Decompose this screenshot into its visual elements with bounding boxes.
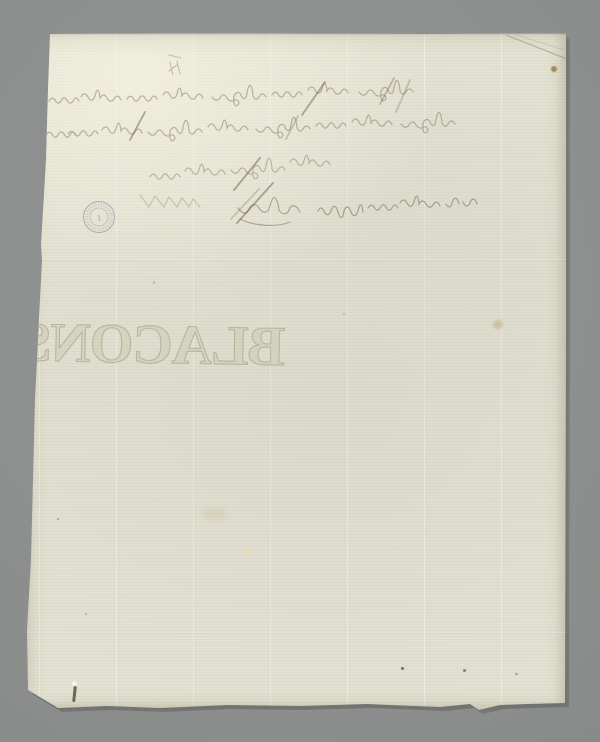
collection-stamp: 1 xyxy=(81,199,116,234)
ink-speck xyxy=(85,613,87,615)
fox-spot xyxy=(493,320,503,329)
faint-smudge xyxy=(202,508,228,520)
showthrough-line-1 xyxy=(49,80,413,106)
wax-spot xyxy=(245,548,252,554)
ink-speck xyxy=(463,669,466,672)
ink-speck xyxy=(515,673,518,675)
showthrough-handwriting xyxy=(46,55,477,225)
photo-canvas: BLACONS xyxy=(0,0,600,742)
ink-speck xyxy=(343,313,345,315)
showthrough-ink-layer: 1 xyxy=(0,0,600,742)
corner-crease xyxy=(506,34,567,59)
showthrough-paraph xyxy=(140,195,200,207)
showthrough-line-2 xyxy=(46,112,455,141)
showthrough-folio-marks xyxy=(169,55,181,75)
stamp-center-glyph: 1 xyxy=(96,213,102,225)
ink-speck xyxy=(57,518,59,520)
fox-spot xyxy=(551,66,557,72)
ink-speck xyxy=(401,667,404,670)
showthrough-line-3 xyxy=(150,155,330,179)
paper-sheet: BLACONS xyxy=(27,33,566,710)
ink-speck xyxy=(153,281,155,284)
showthrough-date xyxy=(318,196,477,217)
